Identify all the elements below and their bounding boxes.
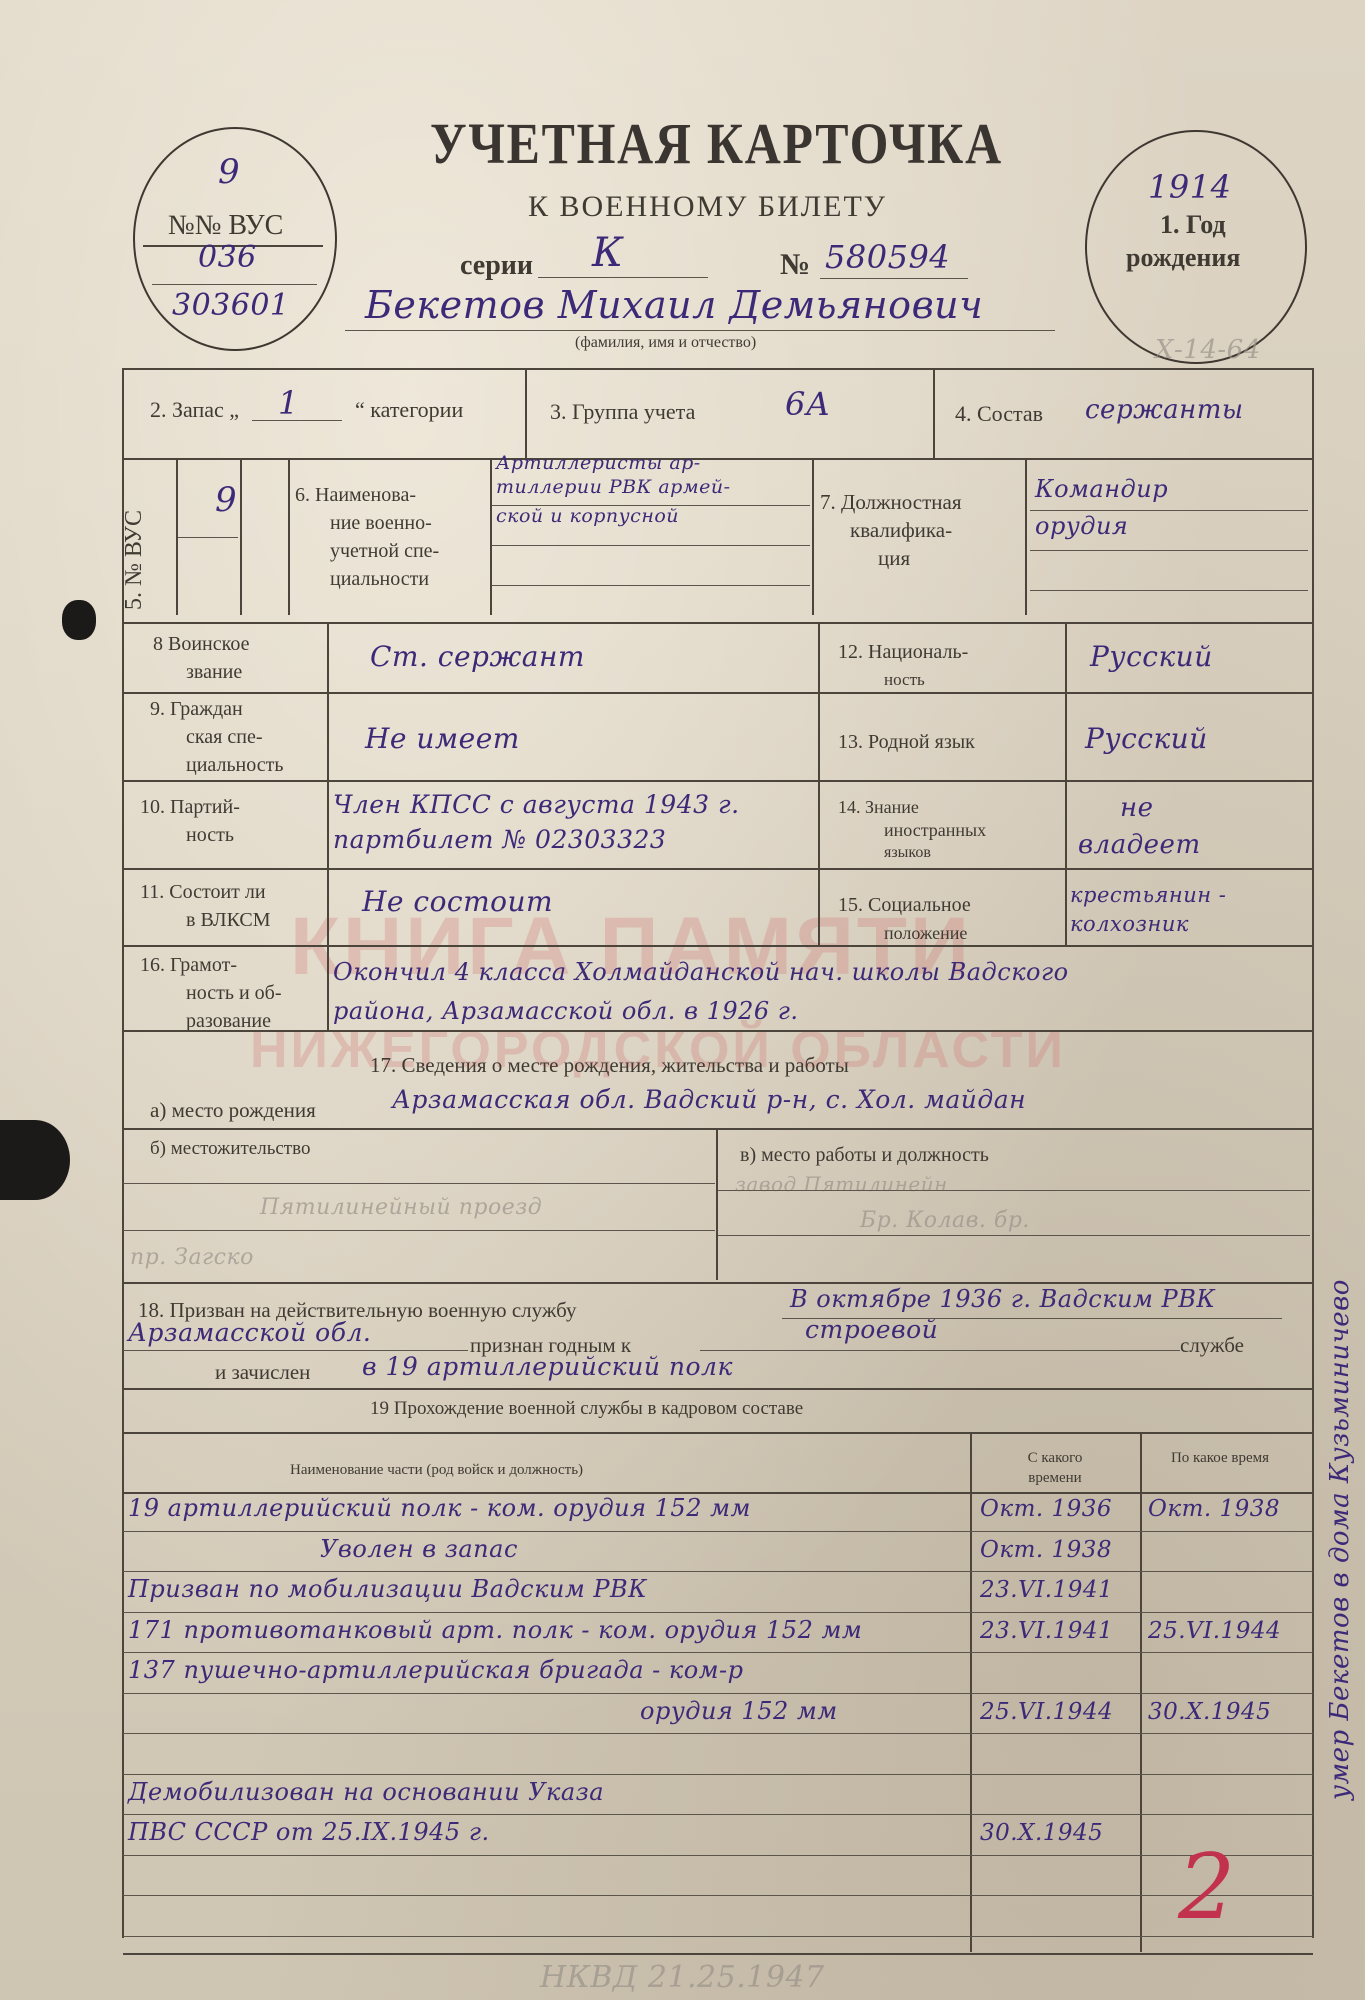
nationality-value: Русский: [1090, 640, 1213, 673]
specialty-value-0: Артиллеристы ар-: [496, 452, 701, 474]
series-label: серии: [460, 250, 533, 282]
qual-label-2: ция: [878, 546, 910, 570]
called-value-2: Арзамасской обл.: [128, 1318, 371, 1347]
civil-value: Не имеет: [365, 722, 520, 755]
specialty-value-1: тиллерии РВК армей-: [496, 476, 731, 498]
service-row-to: Окт. 1938: [1148, 1496, 1280, 1522]
bottom-stamp: НКВД 21.25.1947: [540, 1960, 825, 1995]
service-row-to: 30.X.1945: [1148, 1699, 1271, 1725]
divider-right-labels: [1065, 622, 1067, 947]
service-row-line: [123, 1733, 1313, 1734]
komsomol-label-0: 11. Состоит ли: [140, 880, 266, 904]
row-line-16: [123, 1030, 1313, 1032]
service-row-line: [123, 1774, 1313, 1775]
divider-2-3: [525, 370, 527, 458]
row-line-8: [123, 692, 1313, 694]
foreign-lang-label-0: 14. Знание: [838, 795, 919, 819]
page-subtitle: К ВОЕННОМУ БИЛЕТУ: [528, 190, 887, 224]
enrolled-value: в 19 артиллерийский полк: [362, 1352, 733, 1381]
residence-faint-1: пр. Загско: [130, 1245, 254, 1270]
composition-value: сержанты: [1085, 395, 1244, 425]
service-row-line: [123, 1652, 1313, 1653]
service-row-from: 25.VI.1944: [980, 1699, 1113, 1725]
birthplace-value: Арзамасская обл. Вадский р-н, с. Хол. ма…: [392, 1085, 1026, 1114]
binder-hole-top: [62, 600, 96, 640]
service-row-from: Окт. 1936: [980, 1496, 1112, 1522]
number-label: №: [780, 248, 810, 282]
number-value: 580594: [825, 238, 950, 276]
series-underline: [538, 277, 708, 278]
party-value-0: Член КПСС с августа 1943 г.: [333, 790, 740, 819]
group-label: 3. Группа учета: [550, 400, 695, 424]
service-row-unit: 19 артиллерийский полк - ком. орудия 152…: [128, 1494, 751, 1522]
foreign-lang-value-0: не: [1120, 793, 1154, 823]
full-name: Бекетов Михаил Демьянович: [365, 283, 983, 327]
row-line-10: [123, 868, 1313, 870]
residence-label: б) местожительство: [150, 1137, 310, 1161]
divider-6: [490, 460, 492, 615]
fit-underline: [700, 1350, 1180, 1351]
divider-5c: [288, 460, 290, 615]
social-label-0: 15. Социальное: [838, 893, 971, 917]
service-row-unit: ПВС СССР от 25.IX.1945 г.: [128, 1818, 490, 1846]
vus-line-2: [152, 284, 317, 285]
row-line-11: [123, 945, 1313, 947]
red-mark: 2: [1178, 1835, 1236, 1940]
enrolled-label: и зачислен: [215, 1360, 310, 1384]
service-row-line: [123, 1693, 1313, 1694]
service-row-unit: Призван по мобилизации Вадским РВК: [128, 1575, 647, 1603]
specialty-label-3: циальности: [330, 567, 429, 591]
civil-label-0: 9. Граждан: [150, 697, 243, 721]
page-title: УЧЕТНАЯ КАРТОЧКА: [430, 110, 1003, 177]
foreign-lang-label-2: языков: [884, 841, 931, 865]
work-faint-0: завод Пятилинейн: [735, 1172, 948, 1196]
table-right: [1312, 368, 1314, 1938]
party-value-1: партбилет № 02303323: [333, 825, 666, 854]
vus-number-split: [178, 537, 238, 538]
native-language-value: Русский: [1085, 722, 1208, 755]
service-row-line: [123, 1814, 1313, 1815]
row-line-18: [123, 1388, 1313, 1390]
residence-faint-0: Пятилинейный проезд: [260, 1195, 542, 1220]
vus-number-value: 9: [215, 480, 237, 520]
education-value-1: района, Арзамасской обл. в 1926 г.: [333, 997, 799, 1025]
work-faint-1: Бр. Колав. бр.: [860, 1208, 1030, 1233]
reserve-underline: [252, 420, 342, 421]
section19-title: 19 Прохождение военной службы в кадровом…: [370, 1397, 803, 1421]
qual-label-0: 7. Должностная: [820, 490, 962, 514]
service-row-line: [123, 1855, 1313, 1856]
service-word: службе: [1180, 1333, 1244, 1357]
qual-line-2: [1030, 550, 1308, 551]
fit-value: строевой: [805, 1315, 938, 1344]
service-row-unit: Демобилизован на основании Указа: [128, 1778, 604, 1806]
social-value-1: колхозник: [1070, 912, 1189, 936]
row-line-9: [123, 780, 1313, 782]
table-bottom: [123, 1953, 1313, 1955]
rank-value: Ст. сержант: [370, 640, 585, 673]
divider-mid: [818, 622, 820, 947]
rank-label-1: звание: [186, 660, 242, 684]
number-underline: [820, 278, 968, 279]
education-value-0: Окончил 4 класса Холмайданской нач. школ…: [333, 958, 1069, 986]
res-line-2: [123, 1230, 715, 1231]
composition-label: 4. Состав: [955, 402, 1043, 426]
table-top: [123, 368, 1313, 370]
work-line-1: [718, 1190, 1310, 1191]
stamp-top-right: Х-14-64: [1155, 335, 1261, 365]
specialty-value-2: ской и корпусной: [496, 505, 679, 527]
divider-5b: [240, 460, 242, 615]
service-row-unit: 137 пушечно-артиллерийская бригада - ком…: [128, 1656, 744, 1684]
education-label-1: ность и об-: [186, 981, 281, 1005]
service-row-to: 25.VI.1944: [1148, 1618, 1281, 1644]
divider-3-4: [933, 370, 935, 458]
reserve-value: 1: [278, 384, 299, 422]
res-line-1: [123, 1183, 715, 1184]
birthplace-label: а) место рождения: [150, 1098, 316, 1122]
divider-left-labels: [327, 622, 329, 1030]
service-row-from: 23.VI.1941: [980, 1618, 1113, 1644]
civil-label-2: циальность: [186, 753, 284, 777]
spec-line-2: [492, 545, 810, 546]
service-row-unit: орудия 152 мм: [640, 1697, 838, 1725]
qual-value-0: Командир: [1035, 475, 1168, 503]
social-value-0: крестьянин -: [1070, 883, 1226, 907]
native-language-label: 13. Родной язык: [838, 730, 975, 754]
reserve-label-prefix: 2. Запас „: [150, 398, 239, 422]
service-row-line: [123, 1531, 1313, 1532]
birth-year-label-1: 1. Год: [1160, 210, 1226, 240]
birth-year-value: 1914: [1148, 168, 1231, 206]
section17-title: 17. Сведения о месте рождения, жительств…: [370, 1053, 849, 1077]
name-caption: (фамилия, имя и отчество): [575, 333, 756, 353]
nationality-label-0: 12. Националь-: [838, 640, 968, 664]
komsomol-value: Не состоит: [362, 885, 553, 918]
vus-middle-value: 036: [198, 240, 257, 275]
foreign-lang-value-1: владеет: [1078, 830, 1201, 860]
binder-hole-bottom: [0, 1120, 70, 1200]
divider-6-7: [812, 460, 814, 615]
service-row-from: 23.VI.1941: [980, 1577, 1113, 1603]
called-underline-2: [123, 1350, 468, 1351]
reserve-label-suffix: “ категории: [355, 398, 463, 422]
service-row-from: Окт. 1938: [980, 1537, 1112, 1563]
spec-line-3: [492, 585, 810, 586]
qual-label-1: квалифика-: [850, 518, 952, 542]
service-row-unit: Уволен в запас: [320, 1535, 518, 1563]
divider-17: [716, 1130, 718, 1280]
row-line-17a: [123, 1128, 1313, 1130]
nationality-label-1: ность: [884, 668, 925, 692]
row-line-19-header-top: [123, 1432, 1313, 1434]
series-value: К: [592, 230, 623, 276]
service-row-line: [123, 1895, 1313, 1896]
service-row-line: [123, 1936, 1313, 1937]
komsomol-label-1: в ВЛКСМ: [186, 908, 271, 932]
service-row-line: [123, 1612, 1313, 1613]
service-row-from: 30.X.1945: [980, 1820, 1103, 1846]
vus-bottom-value: 303601: [172, 288, 290, 323]
row-line-17b: [123, 1282, 1313, 1284]
rank-label-0: 8 Воинское: [153, 632, 249, 656]
specialty-label-0: 6. Наименова-: [295, 483, 416, 507]
vus-top-value: 9: [218, 152, 240, 192]
party-label-0: 10. Партий-: [140, 795, 240, 819]
party-label-1: ность: [186, 823, 234, 847]
called-value-1: В октябре 1936 г. Вадским РВК: [790, 1285, 1215, 1313]
row-line-2: [123, 622, 1313, 624]
qual-value-1: орудия: [1035, 512, 1128, 540]
foreign-lang-label-1: иностранных: [884, 818, 986, 842]
vus-label: №№ ВУС: [168, 210, 283, 242]
work-line-2: [718, 1235, 1310, 1236]
qual-line-1: [1030, 510, 1308, 511]
work-label: в) место работы и должность: [740, 1143, 989, 1167]
specialty-label-2: учетной спе-: [330, 539, 439, 563]
specialty-label-1: ние военно-: [330, 511, 432, 535]
group-value: 6А: [785, 385, 831, 423]
col-header-unit: Наименование части (род войск и должност…: [290, 1460, 583, 1480]
row-line-1: [123, 458, 1313, 460]
name-underline: [345, 330, 1055, 331]
birth-year-label-2: рождения: [1126, 243, 1240, 273]
divider-7: [1025, 460, 1027, 615]
vus-number-label: 5. № ВУС: [122, 510, 146, 610]
service-row-unit: 171 противотанковый арт. полк - ком. ору…: [128, 1616, 862, 1644]
education-label-0: 16. Грамот-: [140, 953, 237, 977]
civil-label-1: ская спе-: [186, 725, 262, 749]
social-label-1: положение: [884, 921, 967, 945]
service-row-line: [123, 1571, 1313, 1572]
qual-line-3: [1030, 590, 1308, 591]
col-header-to: По какое время: [1160, 1448, 1280, 1468]
margin-note: умер Бекетов в дома Кузьминичево: [1325, 1279, 1355, 1800]
col-header-from: С какого времени: [1000, 1448, 1110, 1488]
